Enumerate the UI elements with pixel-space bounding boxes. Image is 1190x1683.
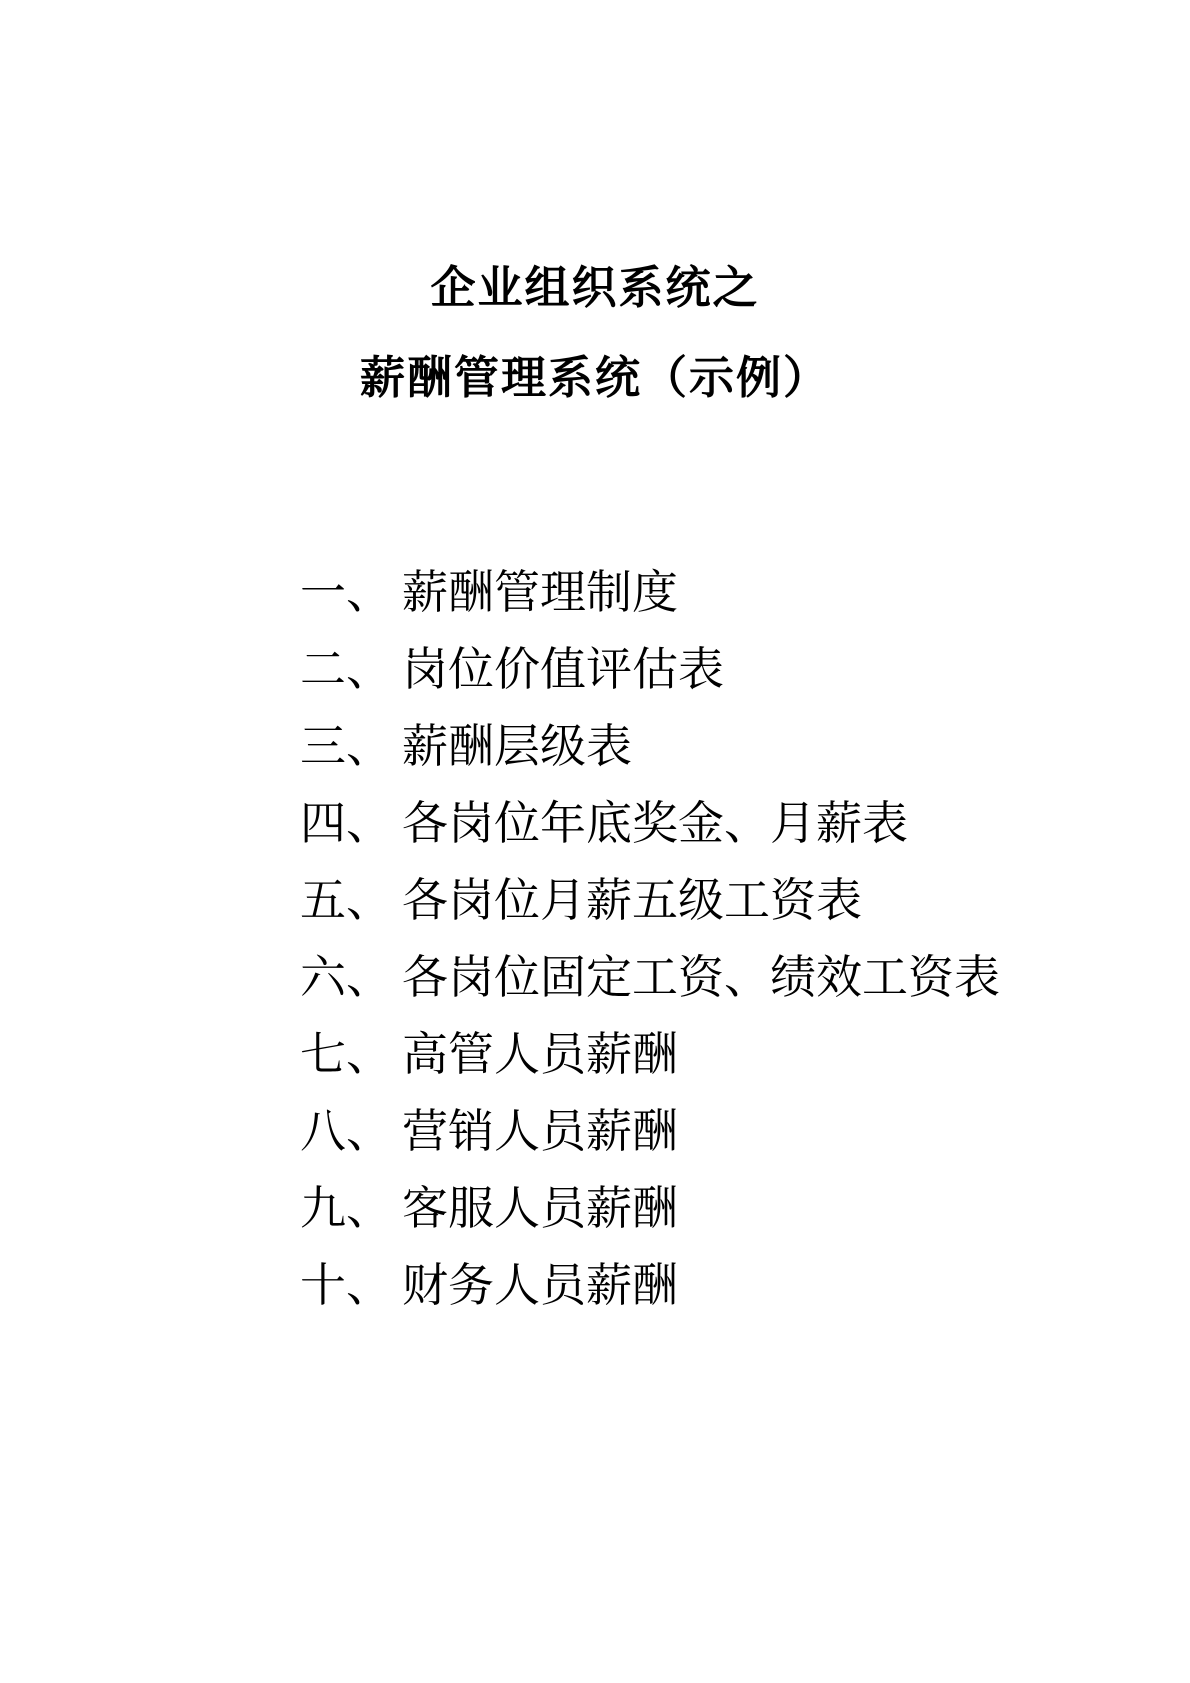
toc-item-label: 高管人员薪酬	[402, 1016, 678, 1093]
toc-item-label: 岗位价值评估表	[402, 631, 724, 708]
toc-item-number: 十、	[300, 1247, 392, 1324]
toc-item-number: 九、	[300, 1170, 392, 1247]
toc-item-label: 财务人员薪酬	[402, 1247, 678, 1324]
toc-item-number: 八、	[300, 1093, 392, 1170]
toc-item-number: 二、	[300, 631, 392, 708]
toc-item-number: 四、	[300, 785, 392, 862]
toc-item-number: 六、	[300, 939, 392, 1016]
toc-item-3: 三、薪酬层级表	[300, 708, 1000, 785]
document-title-line-2: 薪酬管理系统（示例）	[0, 355, 1190, 400]
toc-item-label: 各岗位月薪五级工资表	[402, 862, 862, 939]
toc-item-label: 各岗位固定工资、绩效工资表	[402, 939, 1000, 1016]
document-title-line-1: 企业组织系统之	[0, 265, 1190, 310]
toc-item-9: 九、客服人员薪酬	[300, 1170, 1000, 1247]
toc-item-number: 五、	[300, 862, 392, 939]
toc-item-1: 一、薪酬管理制度	[300, 554, 1000, 631]
toc-item-2: 二、岗位价值评估表	[300, 631, 1000, 708]
toc-item-5: 五、各岗位月薪五级工资表	[300, 862, 1000, 939]
toc-item-label: 各岗位年底奖金、月薪表	[402, 785, 908, 862]
document-page: 企业组织系统之 薪酬管理系统（示例） 一、薪酬管理制度 二、岗位价值评估表 三、…	[0, 0, 1190, 1683]
toc-item-8: 八、营销人员薪酬	[300, 1093, 1000, 1170]
toc-item-label: 客服人员薪酬	[402, 1170, 678, 1247]
toc-item-6: 六、各岗位固定工资、绩效工资表	[300, 939, 1000, 1016]
toc-item-number: 一、	[300, 554, 392, 631]
toc-item-number: 七、	[300, 1016, 392, 1093]
toc-list: 一、薪酬管理制度 二、岗位价值评估表 三、薪酬层级表 四、各岗位年底奖金、月薪表…	[300, 554, 1000, 1324]
toc-item-4: 四、各岗位年底奖金、月薪表	[300, 785, 1000, 862]
toc-item-10: 十、财务人员薪酬	[300, 1247, 1000, 1324]
toc-item-label: 薪酬管理制度	[402, 554, 678, 631]
toc-item-7: 七、高管人员薪酬	[300, 1016, 1000, 1093]
toc-item-number: 三、	[300, 708, 392, 785]
toc-item-label: 薪酬层级表	[402, 708, 632, 785]
toc-item-label: 营销人员薪酬	[402, 1093, 678, 1170]
